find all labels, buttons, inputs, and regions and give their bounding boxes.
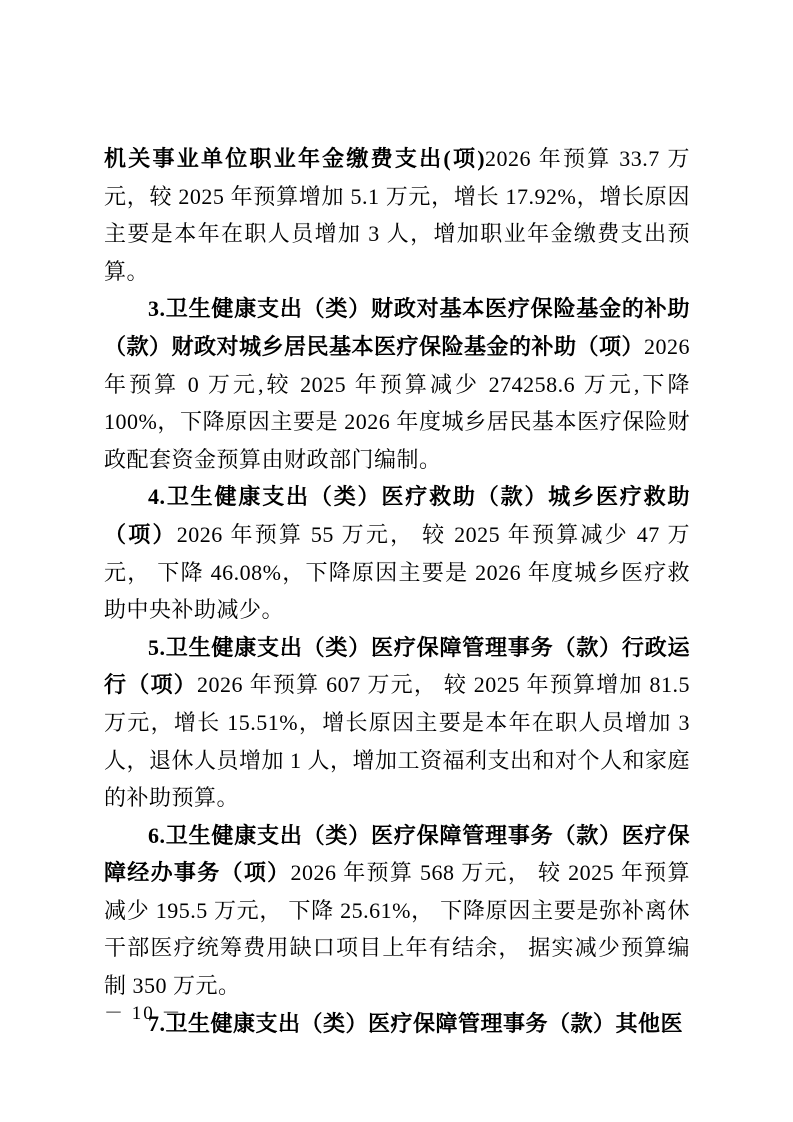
paragraph-item-7: 7.卫生健康支出（类）医疗保障管理事务（款）其他医 bbox=[104, 1005, 690, 1043]
paragraph-title: 机关事业单位职业年金缴费支出(项) bbox=[104, 146, 485, 171]
paragraph-text: 2026 年预算 55 万元， 较 2025 年预算减少 47 万元， 下降 4… bbox=[104, 522, 690, 622]
paragraph-item-6: 6.卫生健康支出（类）医疗保障管理事务（款）医疗保障经办事务（项）2026 年预… bbox=[104, 817, 690, 1005]
paragraph-item-5: 5.卫生健康支出（类）医疗保障管理事务（款）行政运行（项）2026 年预算 60… bbox=[104, 629, 690, 817]
paragraph-title: 3.卫生健康支出（类）财政对基本医疗保险基金的补助（款）财政对城乡居民基本医疗保… bbox=[104, 296, 690, 359]
paragraph-item-3: 3.卫生健康支出（类）财政对基本医疗保险基金的补助（款）财政对城乡居民基本医疗保… bbox=[104, 290, 690, 478]
body-text: 机关事业单位职业年金缴费支出(项)2026 年预算 33.7 万元，较 2025… bbox=[104, 140, 690, 1042]
paragraph-continuation: 机关事业单位职业年金缴费支出(项)2026 年预算 33.7 万元，较 2025… bbox=[104, 140, 690, 290]
page-number: － 10 － bbox=[104, 1002, 183, 1026]
paragraph-title: 7.卫生健康支出（类）医疗保障管理事务（款）其他医 bbox=[148, 1011, 683, 1036]
document-page: 机关事业单位职业年金缴费支出(项)2026 年预算 33.7 万元，较 2025… bbox=[0, 0, 793, 1122]
paragraph-item-4: 4.卫生健康支出（类）医疗救助（款）城乡医疗救助（项）2026 年预算 55 万… bbox=[104, 478, 690, 628]
